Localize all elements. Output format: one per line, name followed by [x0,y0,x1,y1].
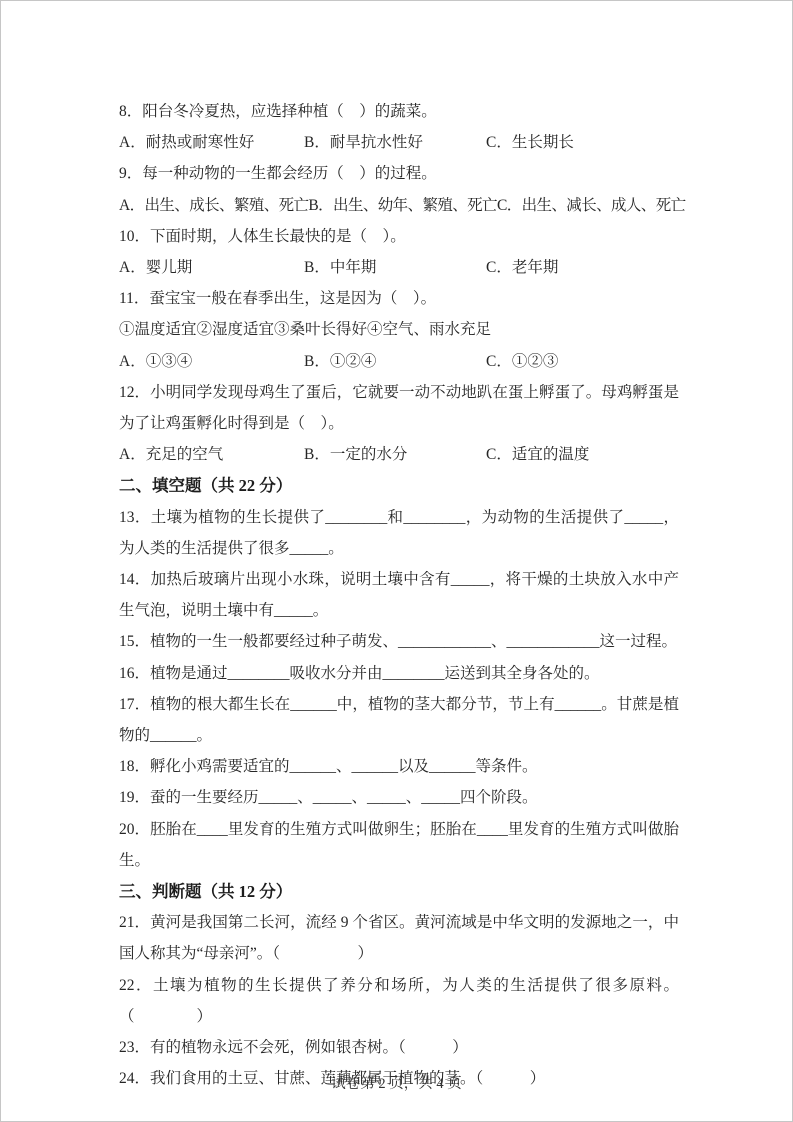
question-8-option-c: C．生长期长 [486,127,679,158]
question-12-stem: 12．小明同学发现母鸡生了蛋后，它就要一动不动地趴在蛋上孵蛋了。母鸡孵蛋是为了让… [119,377,679,439]
question-12-option-a: A．充足的空气 [119,439,304,470]
question-17-stem: 17．植物的根大都生长在______中，植物的茎大都分节，节上有______。甘… [119,689,679,751]
page-footer: 试卷第 2 页，共 4 页 [1,1069,792,1100]
question-10-options: A．婴儿期 B．中年期 C．老年期 [119,252,679,283]
question-9-option-b: B．出生、幼年、繁殖、死亡 [308,190,497,221]
question-11-option-b: B．①②④ [304,346,486,377]
question-21-stem: 21．黄河是我国第二长河，流经 9 个省区。黄河流域是中华文明的发源地之一，中国… [119,907,679,969]
question-10-option-c: C．老年期 [486,252,679,283]
question-8-stem: 8．阳台冬冷夏热，应选择种植（ ）的蔬菜。 [119,96,679,127]
question-20-stem: 20．胚胎在____里发育的生殖方式叫做卵生；胚胎在____里发育的生殖方式叫做… [119,814,679,876]
question-12-options: A．充足的空气 B．一定的水分 C．适宜的温度 [119,439,679,470]
section-title-fill-in: 二、填空题（共 22 分） [119,470,679,501]
question-9-options: A．出生、成长、繁殖、死亡 B．出生、幼年、繁殖、死亡 C．出生、减长、成人、死… [119,190,679,221]
question-12-option-c: C．适宜的温度 [486,439,679,470]
question-13-stem: 13．土壤为植物的生长提供了________和________，为动物的生活提供… [119,502,679,564]
question-18-stem: 18．孵化小鸡需要适宜的______、______以及______等条件。 [119,751,679,782]
question-11-options: A．①③④ B．①②④ C．①②③ [119,346,679,377]
question-10-option-b: B．中年期 [304,252,486,283]
question-10-option-a: A．婴儿期 [119,252,304,283]
question-8-option-a: A．耐热或耐寒性好 [119,127,304,158]
question-19-stem: 19．蚕的一生要经历_____、_____、_____、_____四个阶段。 [119,782,679,813]
question-9-option-a: A．出生、成长、繁殖、死亡 [119,190,308,221]
question-14-stem: 14．加热后玻璃片出现小水珠，说明土壤中含有_____，将干燥的土块放入水中产生… [119,564,679,626]
question-9-stem: 9．每一种动物的一生都会经历（ ）的过程。 [119,158,679,189]
question-16-stem: 16．植物是通过________吸收水分并由________运送到其全身各处的。 [119,658,679,689]
question-8-options: A．耐热或耐寒性好 B．耐旱抗水性好 C．生长期长 [119,127,679,158]
exam-page: 8．阳台冬冷夏热，应选择种植（ ）的蔬菜。 A．耐热或耐寒性好 B．耐旱抗水性好… [0,0,793,1122]
question-10-stem: 10．下面时期，人体生长最快的是（ ）。 [119,221,679,252]
question-9-option-c: C．出生、减长、成人、死亡 [497,190,686,221]
question-12-option-b: B．一定的水分 [304,439,486,470]
section-title-judgment: 三、判断题（共 12 分） [119,876,679,907]
question-8-option-b: B．耐旱抗水性好 [304,127,486,158]
question-11-option-a: A．①③④ [119,346,304,377]
question-11-option-c: C．①②③ [486,346,679,377]
question-23-stem: 23．有的植物永远不会死，例如银杏树。（ ） [119,1032,679,1063]
question-22-stem: 22．土壤为植物的生长提供了养分和场所，为人类的生活提供了很多原料。（ ） [119,970,679,1032]
exam-content: 8．阳台冬冷夏热，应选择种植（ ）的蔬菜。 A．耐热或耐寒性好 B．耐旱抗水性好… [119,96,679,1095]
question-15-stem: 15．植物的一生一般都要经过种子萌发、____________、________… [119,626,679,657]
question-11-stem: 11．蚕宝宝一般在春季出生，这是因为（ ）。 [119,283,679,314]
question-11-numbered-items: ①温度适宜②湿度适宜③桑叶长得好④空气、雨水充足 [119,314,679,345]
